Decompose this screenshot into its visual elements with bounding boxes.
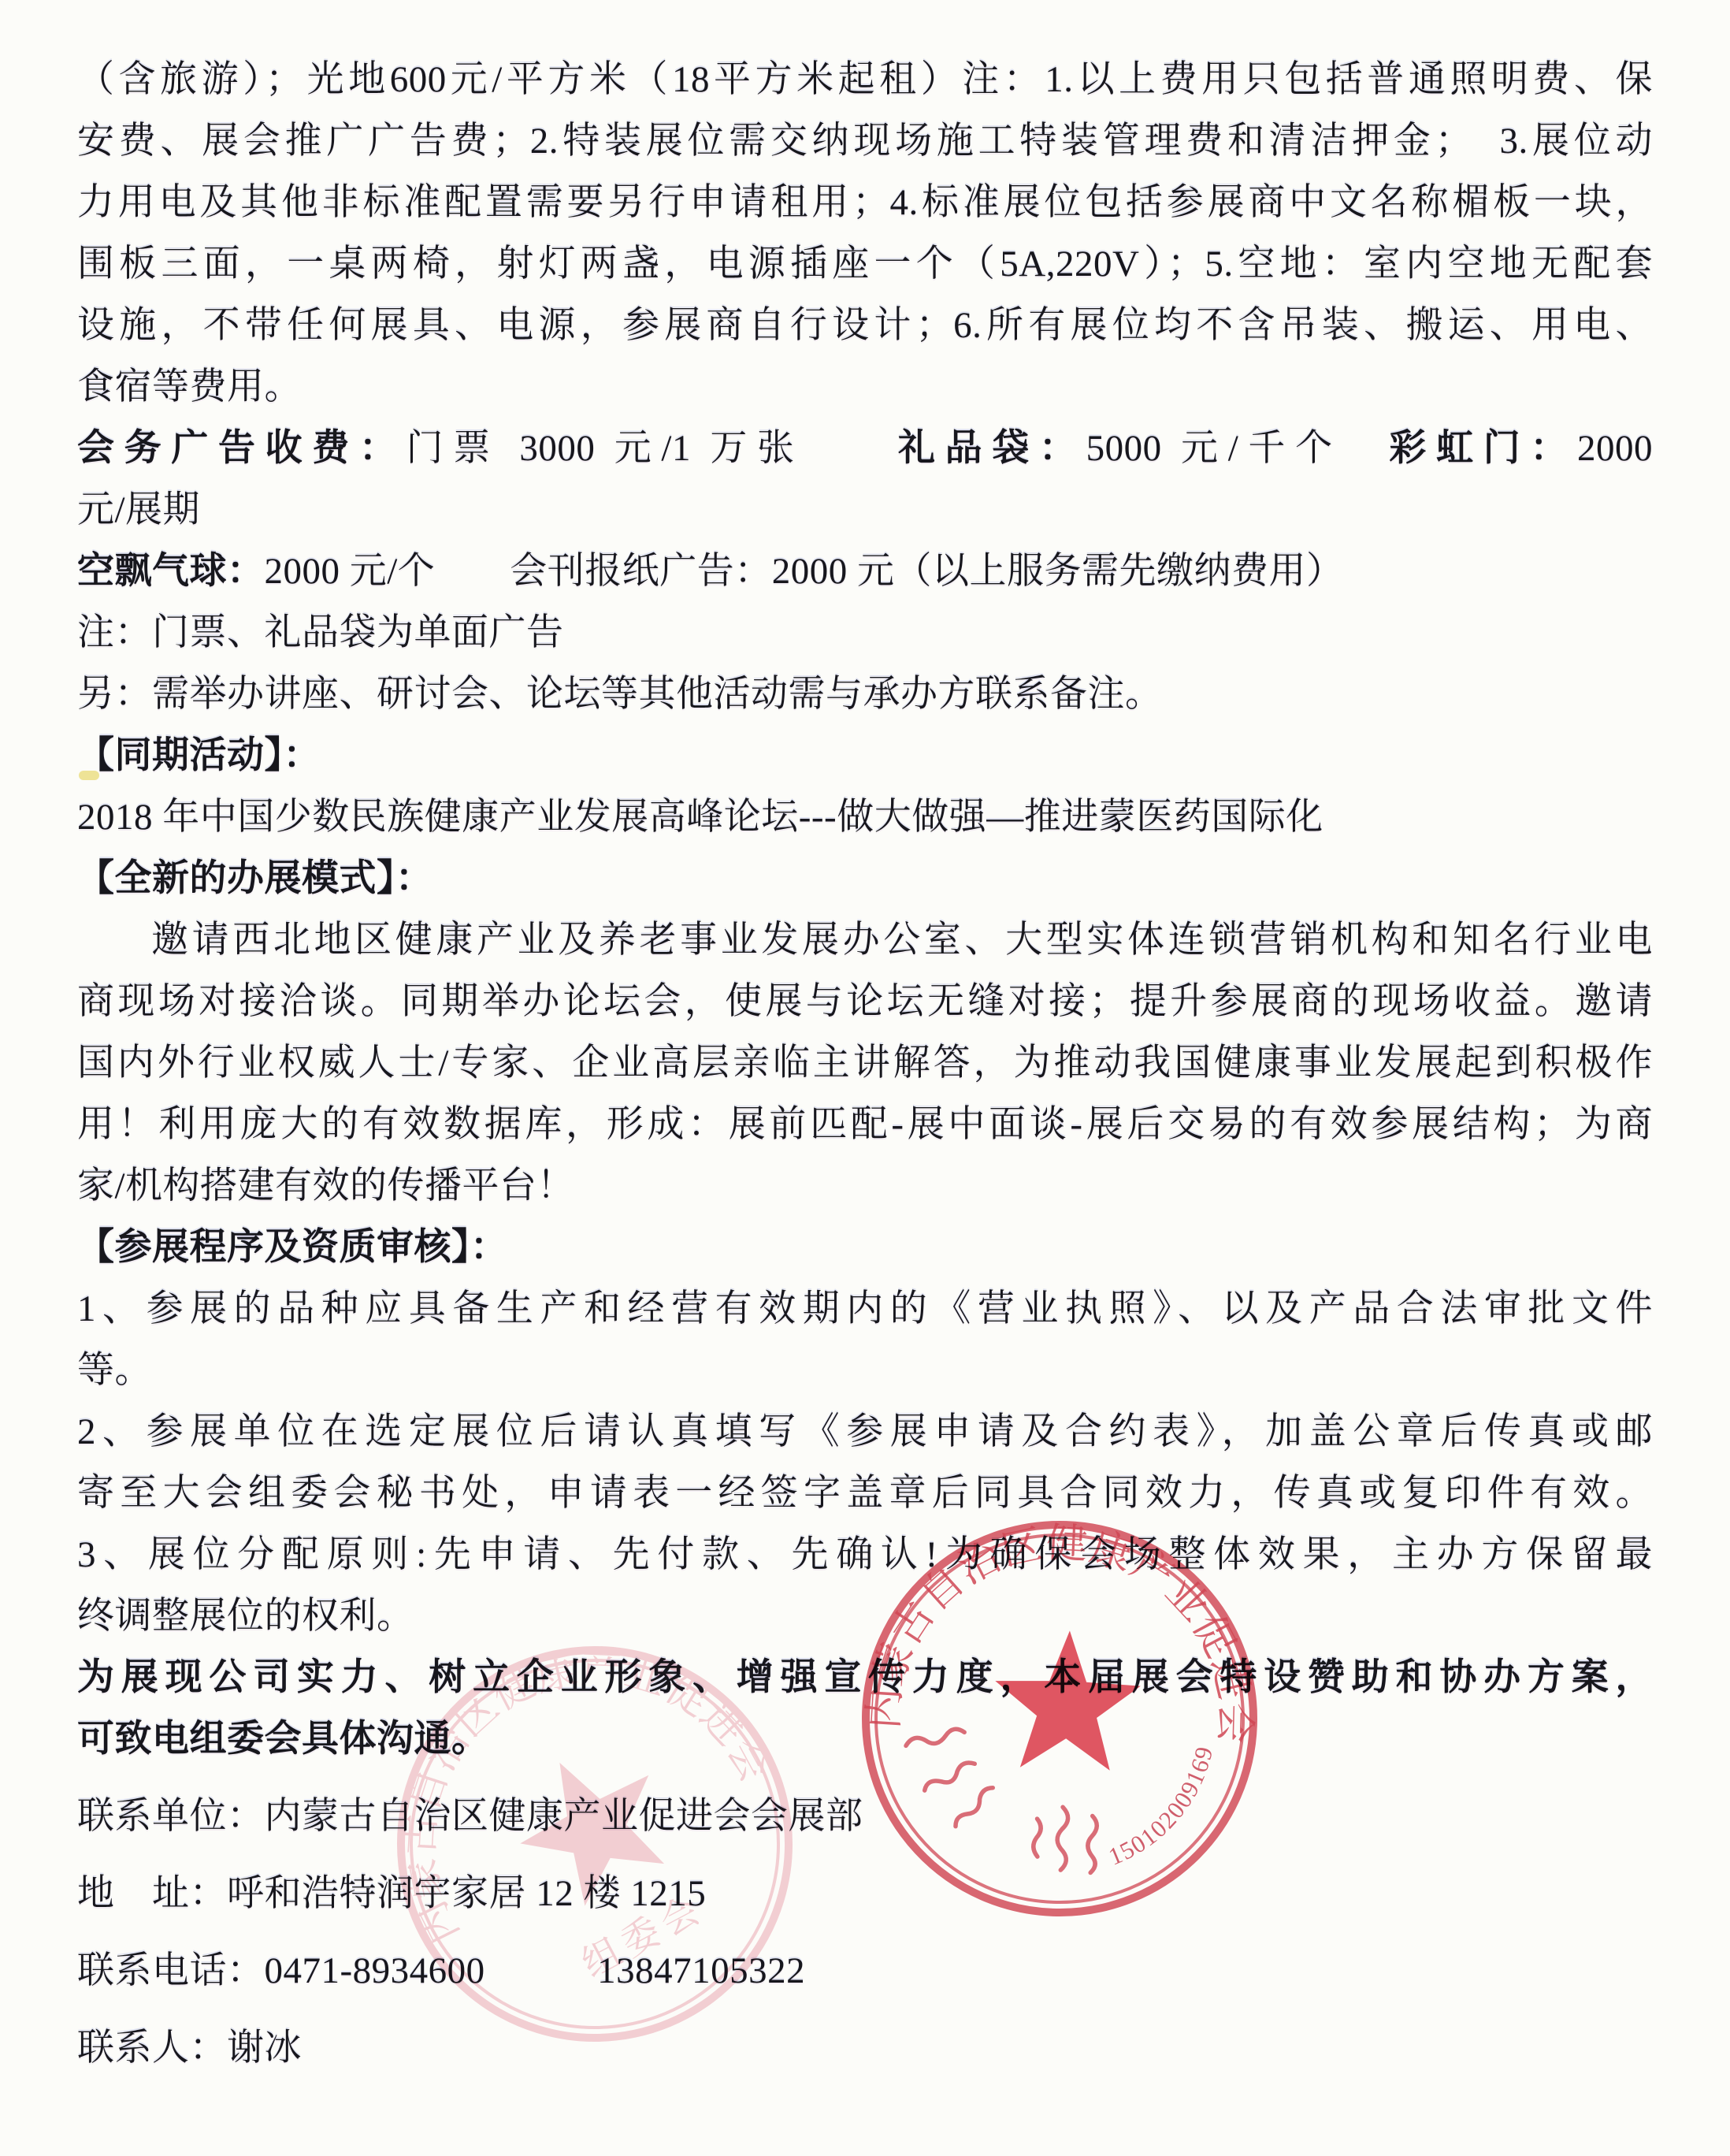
scan-artifact-speck	[79, 771, 99, 780]
text-run: 国内外行业权威人士/专家、企业高层亲临主讲解答，为推动我国健康事业发展起到积极作	[77, 1043, 1653, 1084]
text-run: 联系人：谢冰	[77, 2028, 302, 2069]
text-run: 食宿等费用。	[77, 366, 302, 407]
text-run: 寄至大会组委会秘书处，申请表一经签字盖章后同具合同效力，传真或复印件有效。	[77, 1473, 1653, 1514]
text-line: 【同期活动】：	[77, 725, 1653, 786]
text-line: 元/展期	[77, 479, 1653, 541]
text-run: 等。	[77, 1350, 152, 1391]
text-run: 用！利用庞大的有效数据库，形成：展前匹配-展中面谈-展后交易的有效参展结构；为商	[77, 1104, 1653, 1145]
text-run: 空飘气球：	[77, 551, 265, 592]
text-line: 寄至大会组委会秘书处，申请表一经签字盖章后同具合同效力，传真或复印件有效。	[77, 1463, 1653, 1524]
text-run: 2、参展单位在选定展位后请认真填写《参展申请及合约表》，加盖公章后传真或邮	[77, 1411, 1653, 1452]
text-run: 【全新的办展模式】：	[77, 858, 433, 899]
text-run: 终调整展位的权利。	[77, 1596, 414, 1637]
text-run: 彩虹门：	[1389, 428, 1577, 469]
text-line: 国内外行业权威人士/专家、企业高层亲临主讲解答，为推动我国健康事业发展起到积极作	[77, 1032, 1653, 1094]
text-line: （含旅游）；光地600元/平方米（18平方米起租）注：1.以上费用只包括普通照明…	[77, 49, 1653, 110]
text-run: 设施，不带任何展具、电源，参展商自行设计；6.所有展位均不含吊装、搬运、用电、	[77, 305, 1653, 346]
text-run: 2000	[1577, 428, 1653, 469]
text-line: 商现场对接洽谈。同期举办论坛会，使展与论坛无缝对接；提升参展商的现场收益。邀请	[77, 971, 1653, 1032]
text-line: 地 址：呼和浩特润宇家居 12 楼 1215	[77, 1863, 1653, 1924]
text-run: 联系电话：0471-8934600 13847105322	[77, 1950, 805, 1991]
text-line: 为展现公司实力、树立企业形象、增强宣传力度，本届展会特设赞助和协办方案，	[77, 1647, 1653, 1708]
text-line: 另：需举办讲座、研讨会、论坛等其他活动需与承办方联系备注。	[77, 664, 1653, 725]
text-run: 联系单位：内蒙古自治区健康产业促进会会展部	[77, 1796, 863, 1837]
text-line: 可致电组委会具体沟通。	[77, 1708, 1653, 1770]
text-line: 联系电话：0471-8934600 13847105322	[77, 1940, 1653, 2002]
text-run: 地 址：呼和浩特润宇家居 12 楼 1215	[77, 1873, 706, 1914]
text-run: 礼品袋：	[898, 428, 1086, 469]
text-line: 食宿等费用。	[77, 356, 1653, 418]
text-line: 注：门票、礼品袋为单面广告	[77, 602, 1653, 664]
text-run: 2018 年中国少数民族健康产业发展高峰论坛---做大做强—推进蒙医药国际化	[77, 797, 1323, 838]
text-run: （含旅游）；光地600元/平方米（18平方米起租）注：1.以上费用只包括普通照明…	[77, 59, 1653, 100]
document-lines: （含旅游）；光地600元/平方米（18平方米起租）注：1.以上费用只包括普通照明…	[77, 49, 1653, 2079]
text-run: 另：需举办讲座、研讨会、论坛等其他活动需与承办方联系备注。	[77, 674, 1163, 715]
text-run: 力用电及其他非标准配置需要另行申请租用；4.标准展位包括参展商中文名称楣板一块，	[77, 182, 1653, 223]
text-run: 可致电组委会具体沟通。	[77, 1719, 489, 1760]
text-run: 安费、展会推广广告费；2.特装展位需交纳现场施工特装管理费和清洁押金； 3.展位…	[77, 121, 1653, 162]
text-line: 会务广告收费：门票 3000 元/1 万张 礼品袋：5000 元/千个 彩虹门：…	[77, 418, 1653, 479]
text-run: 家/机构搭建有效的传播平台！	[77, 1165, 574, 1206]
text-line: 终调整展位的权利。	[77, 1585, 1653, 1647]
text-line: 【参展程序及资质审核】：	[77, 1217, 1653, 1278]
text-line: 2018 年中国少数民族健康产业发展高峰论坛---做大做强—推进蒙医药国际化	[77, 786, 1653, 848]
text-line: 【全新的办展模式】：	[77, 848, 1653, 909]
text-run: 注：门票、礼品袋为单面广告	[77, 612, 564, 653]
text-line: 设施，不带任何展具、电源，参展商自行设计；6.所有展位均不含吊装、搬运、用电、	[77, 295, 1653, 356]
text-run: 为展现公司实力、树立企业形象、增强宣传力度，本届展会特设赞助和协办方案，	[77, 1657, 1653, 1698]
text-run: 商现场对接洽谈。同期举办论坛会，使展与论坛无缝对接；提升参展商的现场收益。邀请	[77, 981, 1653, 1022]
text-line: 1、参展的品种应具备生产和经营有效期内的《营业执照》、以及产品合法审批文件	[77, 1278, 1653, 1340]
scanned-document-page: { "page": {"background": "#fcfcf9", "tex…	[0, 0, 1730, 2156]
text-run: 1、参展的品种应具备生产和经营有效期内的《营业执照》、以及产品合法审批文件	[77, 1288, 1653, 1329]
text-line: 3、展位分配原则:先申请、先付款、先确认!为确保会场整体效果，主办方保留最	[77, 1524, 1653, 1585]
text-line: 联系人：谢冰	[77, 2017, 1653, 2079]
text-line: 等。	[77, 1340, 1653, 1401]
text-run: 【参展程序及资质审核】：	[77, 1227, 508, 1268]
text-run: 5000 元/千个	[1086, 428, 1390, 469]
text-line: 家/机构搭建有效的传播平台！	[77, 1155, 1653, 1217]
text-line: 联系单位：内蒙古自治区健康产业促进会会展部	[77, 1786, 1653, 1847]
text-run: 门票 3000 元/1 万张	[407, 428, 898, 469]
text-run: 围板三面，一桌两椅，射灯两盏，电源插座一个（5A,220V）；5.空地：室内空地…	[77, 243, 1653, 284]
text-line: 邀请西北地区健康产业及养老事业发展办公室、大型实体连锁营销机构和知名行业电	[77, 909, 1653, 971]
text-run: 3、展位分配原则:先申请、先付款、先确认!为确保会场整体效果，主办方保留最	[77, 1534, 1653, 1575]
text-run: 会务广告收费：	[77, 428, 407, 469]
text-run: 2000 元/个 会刊报纸广告：2000 元（以上服务需先缴纳费用）	[265, 551, 1344, 592]
text-line: 用！利用庞大的有效数据库，形成：展前匹配-展中面谈-展后交易的有效参展结构；为商	[77, 1094, 1653, 1155]
text-line: 安费、展会推广广告费；2.特装展位需交纳现场施工特装管理费和清洁押金； 3.展位…	[77, 110, 1653, 172]
text-run: 元/展期	[77, 489, 200, 530]
text-line: 力用电及其他非标准配置需要另行申请租用；4.标准展位包括参展商中文名称楣板一块，	[77, 172, 1653, 233]
text-line: 2、参展单位在选定展位后请认真填写《参展申请及合约表》，加盖公章后传真或邮	[77, 1401, 1653, 1463]
text-run: 邀请西北地区健康产业及养老事业发展办公室、大型实体连锁营销机构和知名行业电	[151, 920, 1653, 961]
text-line: 围板三面，一桌两椅，射灯两盏，电源插座一个（5A,220V）；5.空地：室内空地…	[77, 233, 1653, 295]
text-line: 空飘气球：2000 元/个 会刊报纸广告：2000 元（以上服务需先缴纳费用）	[77, 541, 1653, 602]
text-run: 【同期活动】：	[77, 735, 321, 776]
